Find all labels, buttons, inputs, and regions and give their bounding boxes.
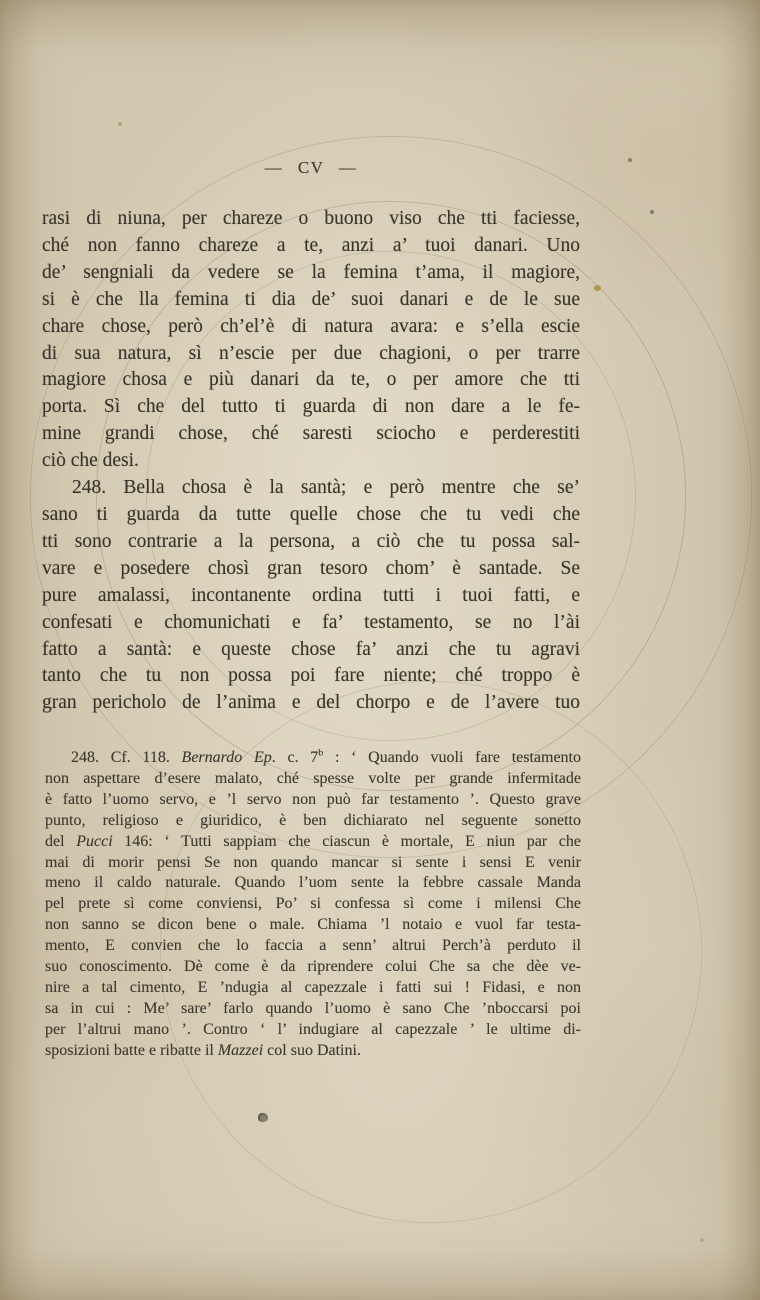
paper-speck [628, 158, 632, 162]
footnote-line: nire a tal cimento, E ’ndugia al capezza… [45, 978, 581, 999]
footnote-line: 248. Cf. 118. Bernardo Ep. c. 7b : ‘ Qua… [45, 748, 581, 769]
footnote-line: per l’altrui mano ’. Contro ‘ l’ indugia… [45, 1020, 581, 1041]
text-line: tti sono contrarie a la persona, a ciò c… [42, 529, 580, 556]
footnote-line: non aspettare d’esere malato, ché spesse… [45, 769, 581, 790]
text-line: mine grandi chose, ché saresti sciocho e… [42, 421, 580, 448]
text-line: confesati e chomunichati e fa’ testament… [42, 610, 580, 637]
text-line: ciò che desi. [42, 448, 580, 475]
text-line: vare e posedere chosì gran tesoro chom’ … [42, 556, 580, 583]
text-line: di sua natura, sì n’escie per due chagio… [42, 341, 580, 368]
body-text: rasi di niuna, per chareze o buono viso … [42, 206, 580, 717]
text-line: chare chose, però ch’el’è di natura avar… [42, 314, 580, 341]
footnote-line: meno il caldo naturale. Quando l’uom sen… [45, 873, 581, 894]
footnote-line: sa in cui : Me’ sare’ farlo quando l’uom… [45, 999, 581, 1020]
footnote-line: sposizioni batte e ribatte il Mazzei col… [45, 1041, 581, 1062]
footnote-line: non sanno se dicon bene o male. Chiama ’… [45, 915, 581, 936]
paper-speck [594, 285, 601, 291]
book-page-scan: — CV — rasi di niuna, per chareze o buon… [0, 0, 760, 1300]
text-line: de’ sengniali da vedere se la femina t’a… [42, 260, 580, 287]
footnote-line: suo conoscimento. Dè come è da riprender… [45, 957, 581, 978]
text-line: rasi di niuna, per chareze o buono viso … [42, 206, 580, 233]
footnote-line: pel prete sì come conviensi, Po’ si conf… [45, 894, 581, 915]
text-line: tanto che tu non possa poi fare niente; … [42, 663, 580, 690]
page-number: — CV — [42, 158, 580, 178]
footnote-line: mai di morir pensi Se non quando mancar … [45, 853, 581, 874]
footnote-line: è fatto l’uomo servo, e ’l servo non può… [45, 790, 581, 811]
text-line: gran pericholo de l’anima e del chorpo e… [42, 690, 580, 717]
text-line: ché non fanno chareze a te, anzi a’ tuoi… [42, 233, 580, 260]
text-line: pure amalassi, incontanente ordina tutti… [42, 583, 580, 610]
text-line: fatto a santà: e queste chose fa’ anzi c… [42, 637, 580, 664]
paper-speck [118, 122, 122, 126]
footnote-line: del Pucci 146: ‘ Tutti sappiam che ciasc… [45, 832, 581, 853]
paper-speck [258, 1113, 268, 1122]
paper-speck [700, 1238, 704, 1242]
text-line: si è che lla femina ti dia de’ suoi dana… [42, 287, 580, 314]
footnote-line: mento, E convien che lo faccia a senn’ a… [45, 936, 581, 957]
footnote: 248. Cf. 118. Bernardo Ep. c. 7b : ‘ Qua… [45, 748, 581, 1062]
text-line: magiore chosa e più danari da te, o per … [42, 367, 580, 394]
text-line: 248. Bella chosa è la santà; e però ment… [42, 475, 580, 502]
paper-speck [650, 210, 654, 214]
text-line: porta. Sì che del tutto ti guarda di non… [42, 394, 580, 421]
footnote-line: punto, religioso e giuridico, è ben dich… [45, 811, 581, 832]
text-line: sano ti guarda da tutte quelle chose che… [42, 502, 580, 529]
